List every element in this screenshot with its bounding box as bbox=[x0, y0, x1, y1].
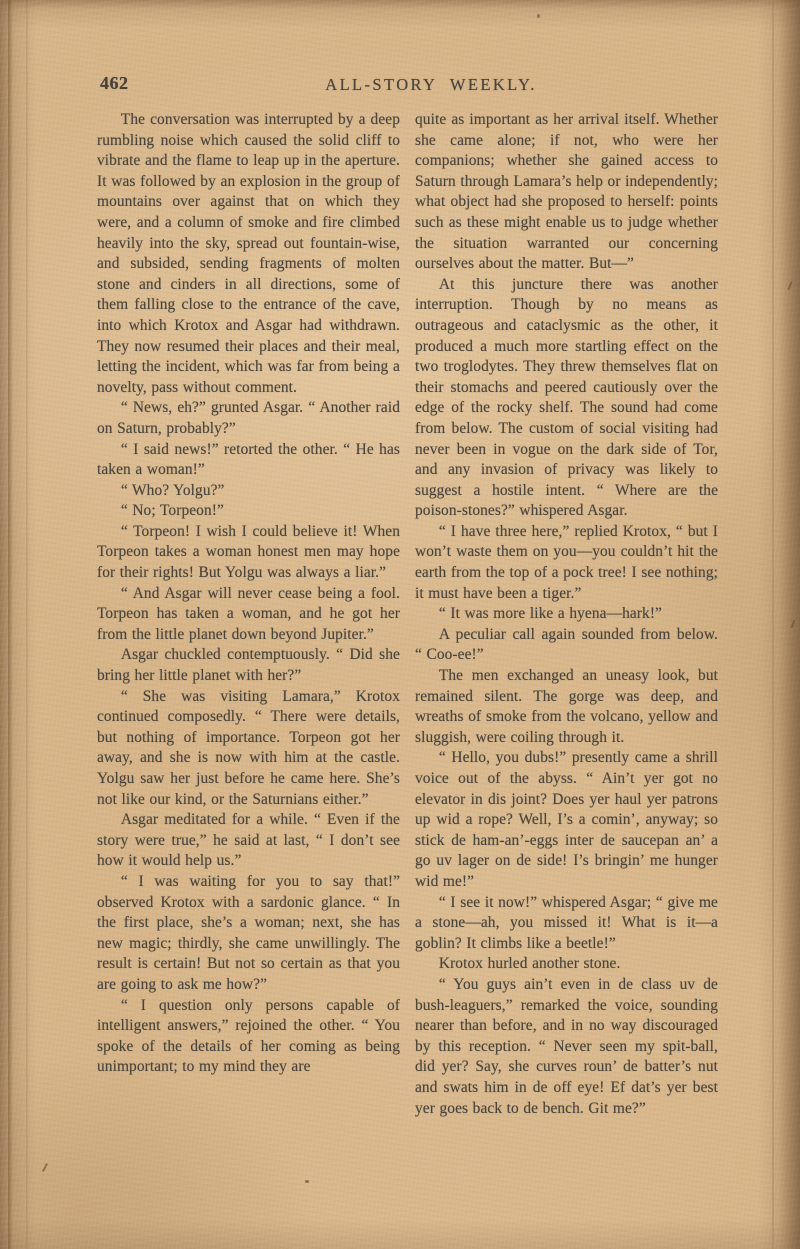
paragraph: “ I see it now!” whispered Asgar; “ give… bbox=[415, 893, 718, 955]
paper-speck bbox=[537, 14, 540, 18]
paragraph: The conversation was interrupted by a de… bbox=[97, 110, 400, 398]
page-left-crease-inner bbox=[26, 0, 29, 1249]
running-head-title: ALL-STORY WEEKLY. bbox=[62, 75, 800, 95]
paragraph: A peculiar call again sounded from below… bbox=[415, 625, 718, 666]
pen-tick-mark bbox=[790, 620, 794, 628]
paragraph: Asgar chuckled contemptuously. “ Did she… bbox=[97, 645, 400, 686]
paragraph: “ I was waiting for you to say that!” ob… bbox=[97, 872, 400, 996]
paragraph: “ I have three here,” replied Krotox, “ … bbox=[415, 522, 718, 604]
left-column: The conversation was interrupted by a de… bbox=[97, 110, 400, 1210]
paragraph: “ And Asgar will never cease being a foo… bbox=[97, 584, 400, 646]
paragraph: At this juncture there was another inter… bbox=[415, 275, 718, 522]
paragraph: “ It was more like a hyena—hark!” bbox=[415, 604, 718, 625]
paragraph: “ News, eh?” grunted Asgar. “ Another ra… bbox=[97, 398, 400, 439]
paragraph: Asgar meditated for a while. “ Even if t… bbox=[97, 810, 400, 872]
pen-tick-mark bbox=[42, 1163, 48, 1172]
paragraph: “ Hello, you dubs!” presently came a shr… bbox=[415, 748, 718, 892]
magazine-page: 462 ALL-STORY WEEKLY. The conversation w… bbox=[0, 0, 800, 1249]
pen-tick-mark bbox=[787, 281, 792, 290]
paragraph: The men exchanged an uneasy look, but re… bbox=[415, 666, 718, 748]
paragraph: “ I question only persons capable of int… bbox=[97, 996, 400, 1078]
paragraph: “ No; Torpeon!” bbox=[97, 501, 400, 522]
page-left-crease bbox=[8, 0, 13, 1249]
page-right-edge-shadow bbox=[778, 0, 800, 1249]
page-right-edge-line bbox=[772, 0, 774, 1249]
paragraph: “ She was visiting Lamara,” Krotox conti… bbox=[97, 687, 400, 811]
paragraph: “ I said news!” retorted the other. “ He… bbox=[97, 440, 400, 481]
paragraph: “ Torpeon! I wish I could believe it! Wh… bbox=[97, 522, 400, 584]
paragraph: “ Who? Yolgu?” bbox=[97, 481, 400, 502]
paragraph: “ You guys ain’t even in de class uv de … bbox=[415, 975, 718, 1119]
right-column: quite as important as her arrival itself… bbox=[415, 110, 718, 1210]
text-columns: The conversation was interrupted by a de… bbox=[97, 110, 718, 1210]
paragraph-continuation: quite as important as her arrival itself… bbox=[415, 110, 718, 275]
paragraph: Krotox hurled another stone. bbox=[415, 954, 718, 975]
